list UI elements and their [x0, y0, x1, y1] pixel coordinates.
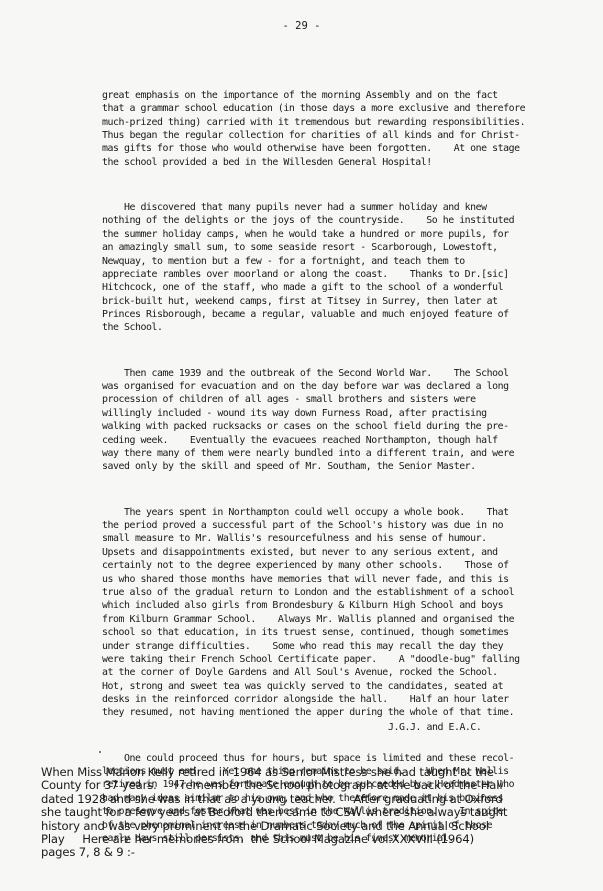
text-line: Princes Risborough, became a regular, va… — [102, 308, 562, 321]
text-line: from Kilburn Grammar School. Always Mr. … — [102, 613, 562, 626]
text-line: ceding week. Eventually the evacuees rea… — [102, 434, 562, 447]
text-line: at the corner of Doyle Gardens and All S… — [102, 666, 562, 679]
text-line: He discovered that many pupils never had… — [102, 201, 562, 214]
text-line: dated 1928 and she was in that as a youn… — [41, 793, 601, 806]
text-line: appreciate rambles over moorland or alon… — [102, 268, 562, 281]
paragraph-war-evacuation: Then came 1939 and the outbreak of the S… — [102, 367, 562, 474]
text-line: Newquay, to mention but a few - for a fo… — [102, 255, 562, 268]
text-line: us who shared those months have memories… — [102, 573, 562, 586]
text-line: Hitchcock, one of the staff, who made a … — [102, 281, 562, 294]
text-line: was organised for evacuation and on the … — [102, 380, 562, 393]
text-line: were taking their French School Certific… — [102, 653, 562, 666]
text-line: saved only by the skill and speed of Mr.… — [102, 460, 562, 473]
article-body: great emphasis on the importance of the … — [102, 62, 562, 864]
text-line: pages 7, 8 & 9 :- — [41, 846, 601, 859]
text-line: mas gifts for those who would otherwise … — [102, 142, 562, 155]
text-line: school so that education, in its truest … — [102, 626, 562, 639]
text-line: nothing of the delights or the joys of t… — [102, 214, 562, 227]
text-line: Play Here are her memories from the Scho… — [41, 833, 601, 846]
stray-mark — [99, 751, 101, 753]
intro-note: When Miss Marion Kelly retired in 1964 a… — [41, 766, 601, 860]
text-line: Upsets and disappointments existed, but … — [102, 546, 562, 559]
paragraph-holiday-camps: He discovered that many pupils never had… — [102, 201, 562, 335]
text-line: willingly included - wound its way down … — [102, 407, 562, 420]
text-line: an amazingly small sum, to some seaside … — [102, 241, 562, 254]
text-line: the summer holiday camps, when he would … — [102, 228, 562, 241]
text-line: the school provided a bed in the Willesd… — [102, 156, 562, 169]
paragraph-northampton-years: The years spent in Northampton could wel… — [102, 506, 562, 720]
text-line: she taught for a few years at Bedford th… — [41, 806, 601, 819]
text-line: small measure to Mr. Wallis's resourcefu… — [102, 532, 562, 545]
author-signature: J.G.J. and E.A.C. — [388, 722, 481, 733]
text-line: true also of the gradual return to Londo… — [102, 586, 562, 599]
text-line: which included also girls from Brondesbu… — [102, 599, 562, 612]
page-number: - 29 - — [0, 20, 603, 32]
text-line: County for 37 years. I remember the Scho… — [41, 779, 601, 792]
text-line: certainly not to the degree experienced … — [102, 559, 562, 572]
text-line: great emphasis on the importance of the … — [102, 89, 562, 102]
text-line: brick-built hut, weekend camps, first at… — [102, 295, 562, 308]
text-line: they resumed, not having mentioned the a… — [102, 706, 562, 719]
text-line: desks in the reinforced corridor alongsi… — [102, 693, 562, 706]
text-line: walking with packed rucksacks or cases o… — [102, 420, 562, 433]
text-line: way there many of them were nearly bundl… — [102, 447, 562, 460]
text-line: The years spent in Northampton could wel… — [102, 506, 562, 519]
text-line: Thus began the regular collection for ch… — [102, 129, 562, 142]
text-line: the School. — [102, 321, 562, 334]
text-line: history and was very prominent in the Dr… — [41, 820, 601, 833]
text-line: One could proceed thus for hours, but sp… — [102, 752, 562, 765]
text-line: Hot, strong and sweet tea was quickly se… — [102, 680, 562, 693]
text-line: Then came 1939 and the outbreak of the S… — [102, 367, 562, 380]
text-line: much-prized thing) carried with it treme… — [102, 116, 562, 129]
paragraph-assembly: great emphasis on the importance of the … — [102, 89, 562, 169]
text-line: procession of children of all ages - sma… — [102, 393, 562, 406]
text-line: that a grammar school education (in thos… — [102, 102, 562, 115]
text-line: under strange difficulties. Some who rea… — [102, 640, 562, 653]
text-line: When Miss Marion Kelly retired in 1964 a… — [41, 766, 601, 779]
text-line: the period proved a successful part of t… — [102, 519, 562, 532]
